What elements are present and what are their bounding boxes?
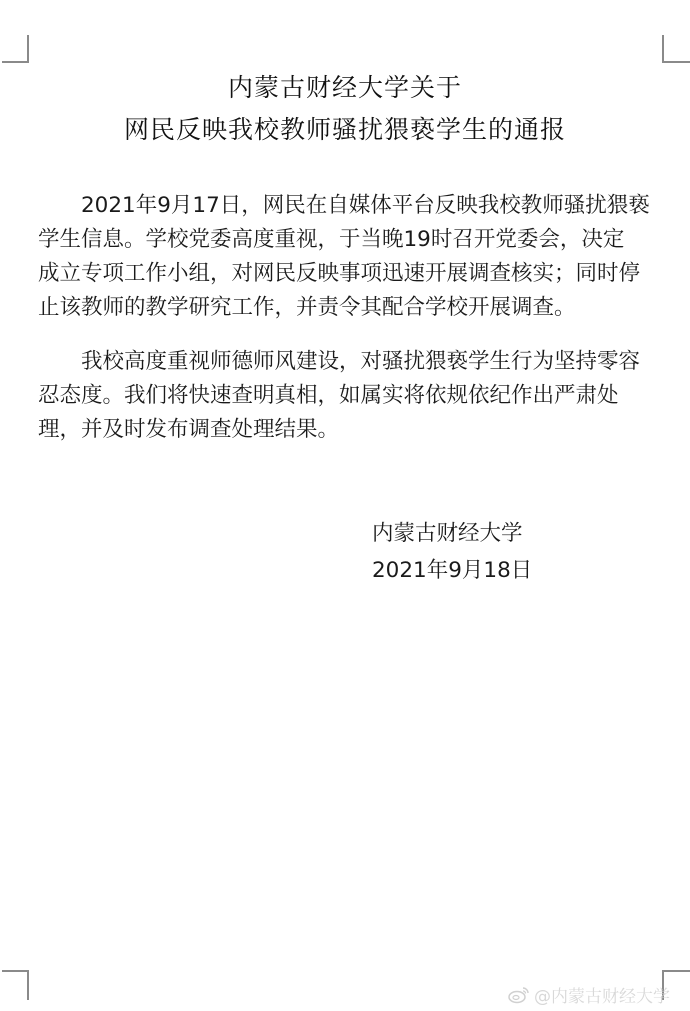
corner-mark-top-left-vertical <box>27 35 29 63</box>
paragraph-1-line: 止该教师的教学研究工作，并责令其配合学校开展调查。 <box>38 291 658 325</box>
corner-mark-bottom-left-vertical <box>27 970 29 1000</box>
corner-mark-top-left-horizontal <box>2 61 29 63</box>
paragraph-2: 我校高度重视师德师风建设，对骚扰猥亵学生行为坚持零容 忍态度。我们将快速查明真相… <box>38 345 658 447</box>
corner-mark-bottom-right-horizontal <box>662 970 690 972</box>
corner-mark-top-right-vertical <box>662 35 664 63</box>
signature-org: 内蒙古财经大学 <box>372 516 523 547</box>
paragraph-1-line: 2021年9月17日，网民在自媒体平台反映我校教师骚扰猥亵 <box>38 189 658 223</box>
watermark-text: @内蒙古财经大学 <box>534 982 670 1007</box>
paragraph-1: 2021年9月17日，网民在自媒体平台反映我校教师骚扰猥亵 学生信息。学校党委高… <box>38 189 658 325</box>
corner-mark-top-right-horizontal <box>662 61 690 63</box>
document-title-line2: 网民反映我校教师骚扰猥亵学生的通报 <box>0 110 690 146</box>
document-title-line1: 内蒙古财经大学关于 <box>0 68 690 104</box>
weibo-icon <box>508 986 530 1004</box>
weibo-watermark: @内蒙古财经大学 <box>508 982 670 1007</box>
paragraph-1-line: 学生信息。学校党委高度重视，于当晚19时召开党委会，决定 <box>38 223 658 257</box>
paragraph-2-line: 忍态度。我们将快速查明真相，如属实将依规依纪作出严肃处 <box>38 379 658 413</box>
paragraph-1-line: 成立专项工作小组，对网民反映事项迅速开展调查核实；同时停 <box>38 257 658 291</box>
paragraph-2-line: 理，并及时发布调查处理结果。 <box>38 413 658 447</box>
paragraph-2-line: 我校高度重视师德师风建设，对骚扰猥亵学生行为坚持零容 <box>38 345 658 379</box>
corner-mark-bottom-left-horizontal <box>2 970 29 972</box>
signature-date: 2021年9月18日 <box>372 553 532 584</box>
